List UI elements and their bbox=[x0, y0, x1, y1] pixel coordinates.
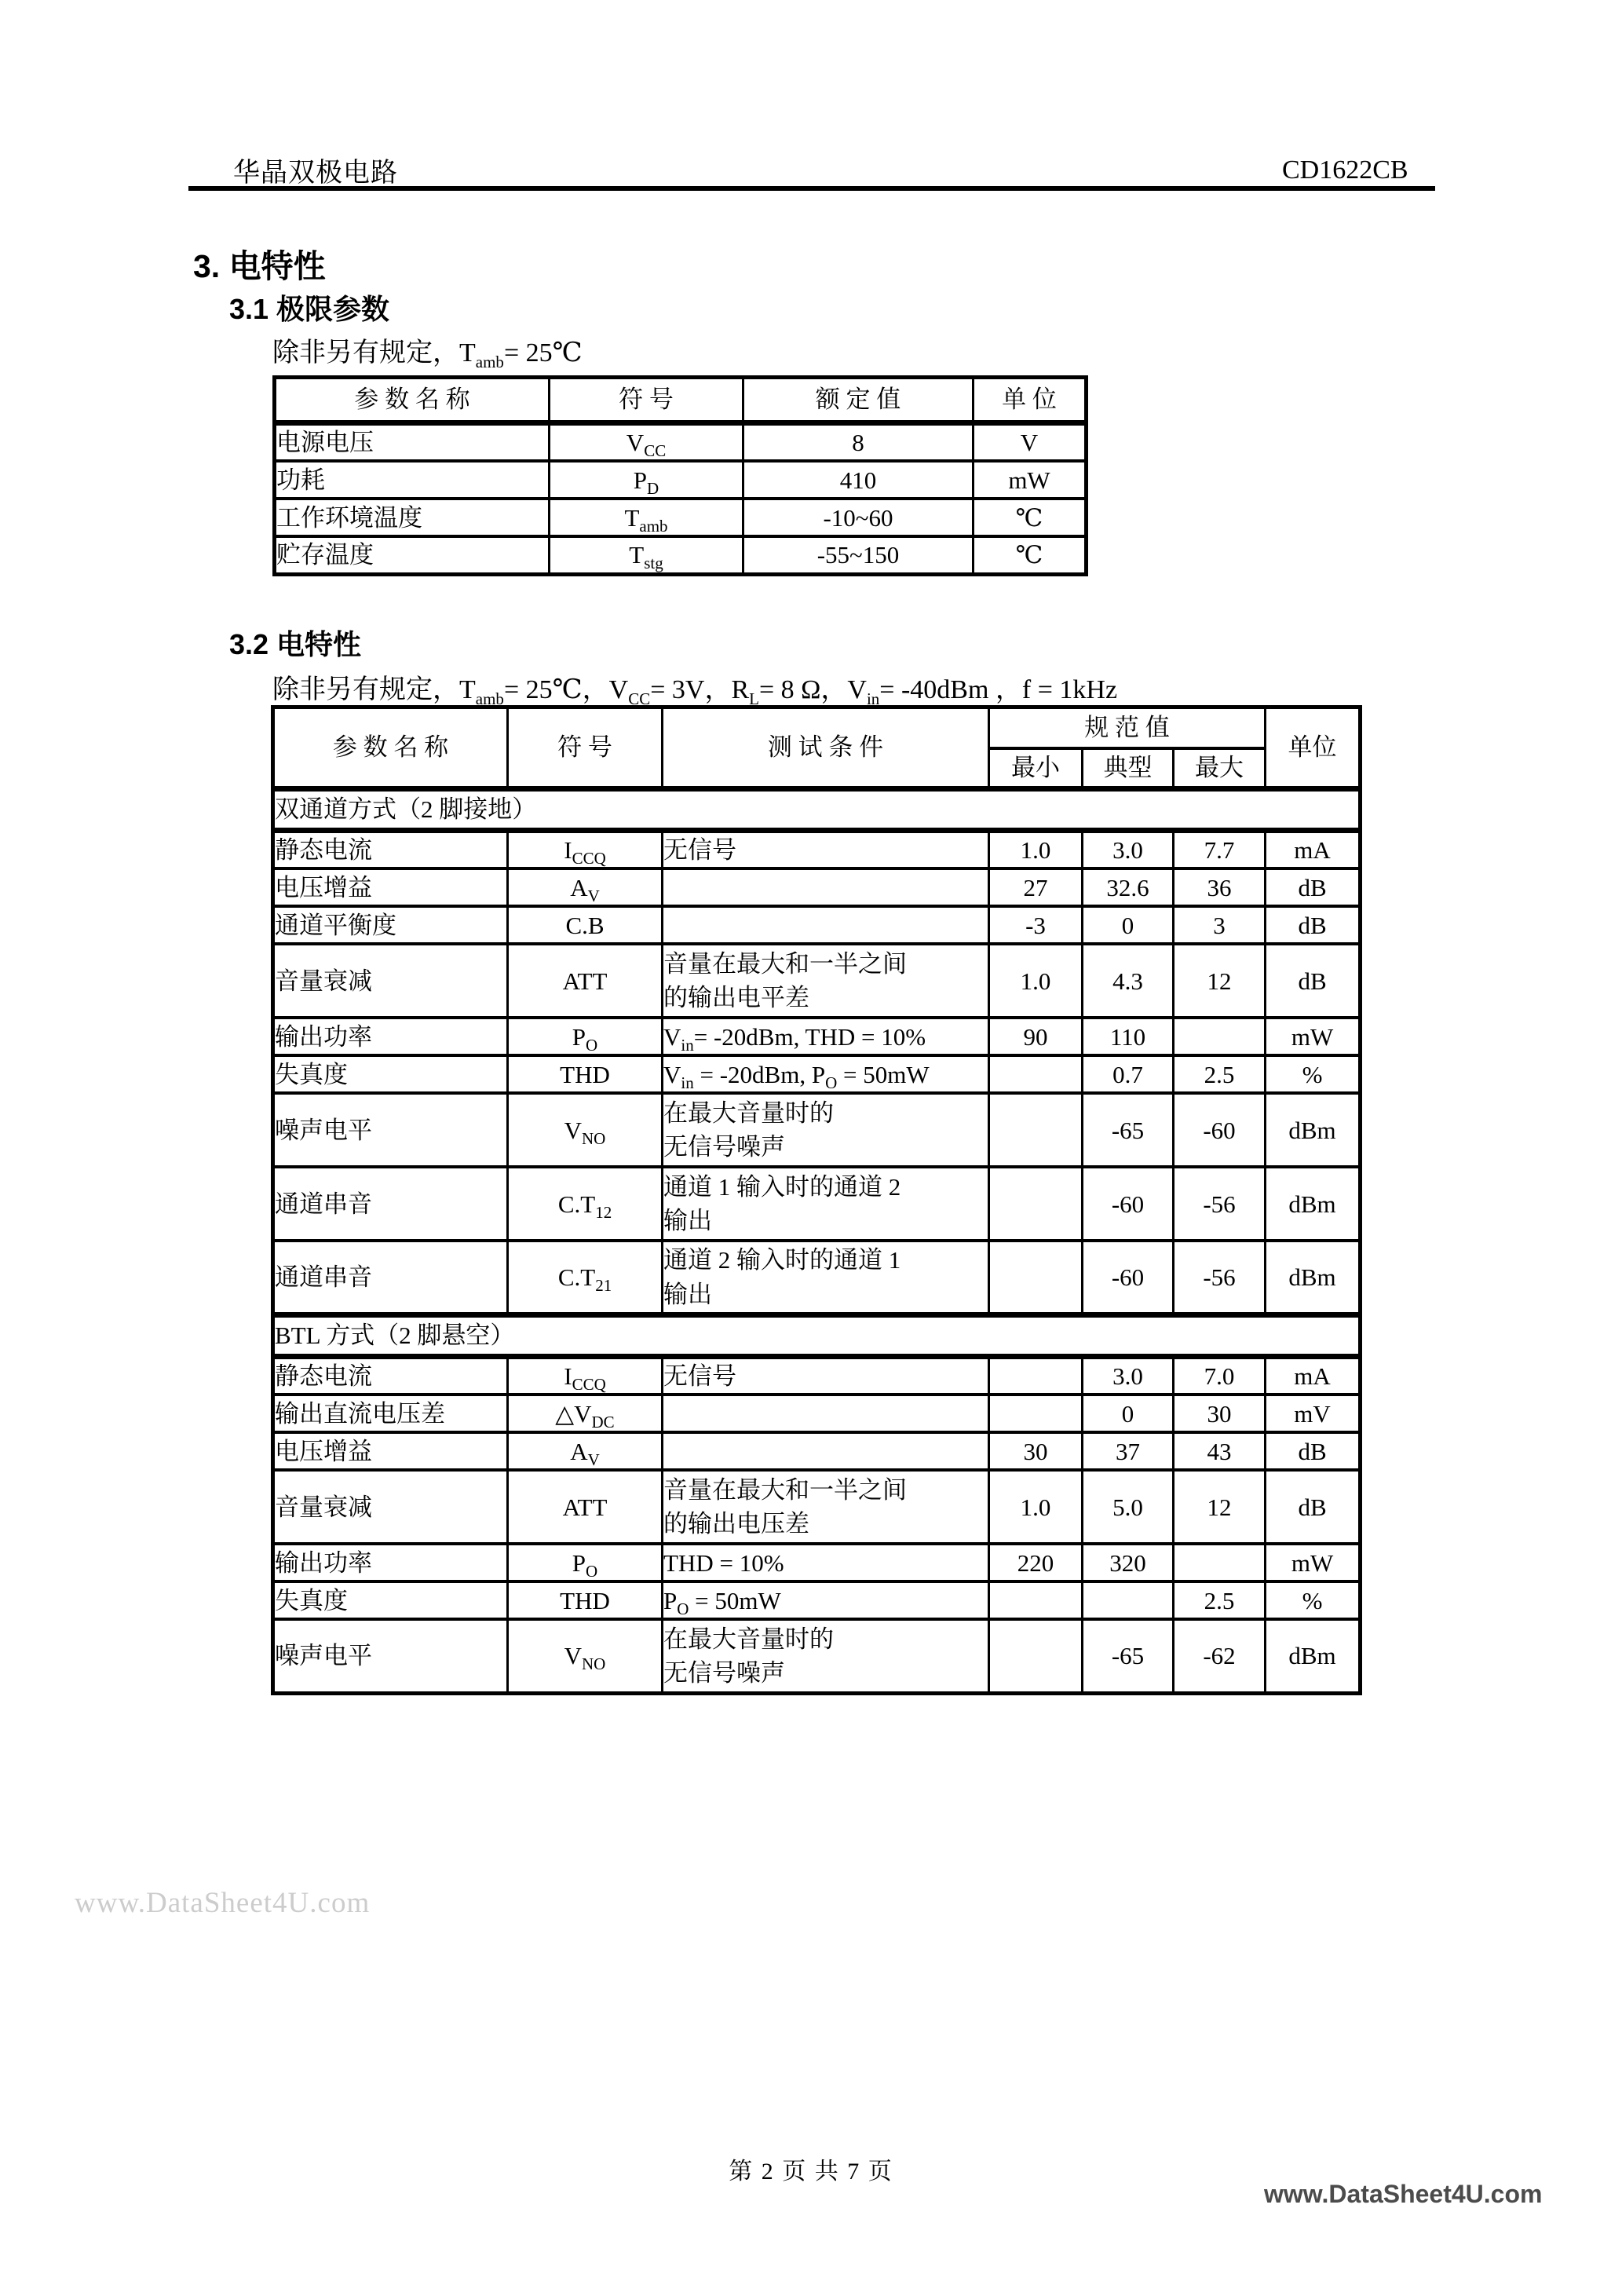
condition-line-3-1: 除非另有规定，Tamb= 25℃ bbox=[272, 331, 583, 369]
cell-param: 电源电压 bbox=[275, 423, 550, 462]
section-row-dual-channel: 双通道方式（2 脚接地） bbox=[273, 789, 1361, 831]
cell-symbol: ATT bbox=[508, 1470, 663, 1544]
cell-max: 43 bbox=[1174, 1432, 1266, 1470]
cell-typ: 0 bbox=[1083, 906, 1174, 944]
table-header-row: 参 数 名 称 符 号 额 定 值 单 位 bbox=[275, 378, 1087, 423]
cell-min bbox=[989, 1356, 1083, 1395]
cell-typ: 5.0 bbox=[1083, 1470, 1174, 1544]
table-row: 输出功率 PO THD = 10% 220 320 mW bbox=[273, 1544, 1361, 1581]
cell-max: -56 bbox=[1174, 1241, 1266, 1314]
col-header-min: 最小 bbox=[989, 748, 1083, 789]
cell-symbol: PD bbox=[550, 461, 743, 499]
table-row: 静态电流 ICCQ 无信号 3.0 7.0 mA bbox=[273, 1356, 1361, 1395]
table-row: 电源电压 VCC 8 V bbox=[275, 423, 1087, 462]
cell-typ: 32.6 bbox=[1083, 868, 1174, 906]
cell-condition: PO = 50mW bbox=[663, 1581, 989, 1619]
cell-condition: 音量在最大和一半之间的输出电平差 bbox=[663, 944, 989, 1018]
cell-symbol: ATT bbox=[508, 944, 663, 1018]
cell-condition: Vin= -20dBm, THD = 10% bbox=[663, 1018, 989, 1055]
table-header-row: 参 数 名 称 符 号 测 试 条 件 规 范 值 单位 bbox=[273, 707, 1361, 748]
cell-min: 1.0 bbox=[989, 831, 1083, 869]
table-row: 功耗 PD 410 mW bbox=[275, 461, 1087, 499]
cell-max: 12 bbox=[1174, 1470, 1266, 1544]
cell-symbol: AV bbox=[508, 868, 663, 906]
table-row: 噪声电平 VNO 在最大音量时的无信号噪声 -65 -60 dBm bbox=[273, 1093, 1361, 1167]
col-header-rated-value: 额 定 值 bbox=[743, 378, 974, 423]
cell-max: -56 bbox=[1174, 1167, 1266, 1241]
cell-unit: % bbox=[1266, 1055, 1361, 1093]
cell-condition: 在最大音量时的无信号噪声 bbox=[663, 1093, 989, 1167]
cell-min bbox=[989, 1055, 1083, 1093]
table-row: 通道平衡度 C.B -3 0 3 dB bbox=[273, 906, 1361, 944]
table-row: 电压增益 AV 27 32.6 36 dB bbox=[273, 868, 1361, 906]
table-row: 失真度 THD PO = 50mW 2.5 % bbox=[273, 1581, 1361, 1619]
cell-symbol: THD bbox=[508, 1055, 663, 1093]
cell-unit: dB bbox=[1266, 868, 1361, 906]
cell-typ: 3.0 bbox=[1083, 831, 1174, 869]
cell-unit: dBm bbox=[1266, 1093, 1361, 1167]
cell-min: 1.0 bbox=[989, 944, 1083, 1018]
cell-min: 30 bbox=[989, 1432, 1083, 1470]
electrical-characteristics-table: 参 数 名 称 符 号 测 试 条 件 规 范 值 单位 最小 典型 最大 双通… bbox=[271, 705, 1362, 1695]
cell-param: 功耗 bbox=[275, 461, 550, 499]
col-header-unit: 单位 bbox=[1266, 707, 1361, 789]
cell-symbol: VNO bbox=[508, 1619, 663, 1693]
cell-param: 输出直流电压差 bbox=[273, 1395, 508, 1432]
cell-unit: mW bbox=[974, 461, 1087, 499]
cell-param: 音量衰减 bbox=[273, 1470, 508, 1544]
watermark-text: www.DataSheet4U.com bbox=[75, 1886, 370, 1920]
cell-condition: 通道 1 输入时的通道 2输出 bbox=[663, 1167, 989, 1241]
cell-min bbox=[989, 1619, 1083, 1693]
cell-condition bbox=[663, 868, 989, 906]
header-company: 华晶双极电路 bbox=[233, 151, 398, 189]
cell-max: -62 bbox=[1174, 1619, 1266, 1693]
cell-typ: 0 bbox=[1083, 1395, 1174, 1432]
cell-max: 2.5 bbox=[1174, 1055, 1266, 1093]
table-row: 电压增益 AV 30 37 43 dB bbox=[273, 1432, 1361, 1470]
cell-typ: 37 bbox=[1083, 1432, 1174, 1470]
cell-typ: 0.7 bbox=[1083, 1055, 1174, 1093]
cell-max bbox=[1174, 1544, 1266, 1581]
table-row: 输出直流电压差 △VDC 0 30 mV bbox=[273, 1395, 1361, 1432]
cell-unit: dBm bbox=[1266, 1241, 1361, 1314]
cell-condition: Vin = -20dBm, PO = 50mW bbox=[663, 1055, 989, 1093]
cell-condition: 音量在最大和一半之间的输出电压差 bbox=[663, 1470, 989, 1544]
col-header-symbol: 符 号 bbox=[508, 707, 663, 789]
cell-typ: 3.0 bbox=[1083, 1356, 1174, 1395]
cell-condition bbox=[663, 1395, 989, 1432]
header-rule bbox=[188, 186, 1435, 191]
col-header-typ: 典型 bbox=[1083, 748, 1174, 789]
datasheet-page: 华晶双极电路 CD1622CB 3. 电特性 3.1 极限参数 除非另有规定，T… bbox=[0, 0, 1622, 2296]
cell-condition: 通道 2 输入时的通道 1输出 bbox=[663, 1241, 989, 1314]
cell-symbol: C.B bbox=[508, 906, 663, 944]
header-part-number: CD1622CB bbox=[1282, 155, 1408, 185]
cell-param: 通道串音 bbox=[273, 1241, 508, 1314]
cell-param: 通道串音 bbox=[273, 1167, 508, 1241]
cell-condition: 无信号 bbox=[663, 1356, 989, 1395]
cell-symbol: ICCQ bbox=[508, 1356, 663, 1395]
section-label: 双通道方式（2 脚接地） bbox=[273, 789, 1361, 831]
cell-unit: dB bbox=[1266, 1470, 1361, 1544]
table-row: 失真度 THD Vin = -20dBm, PO = 50mW 0.7 2.5 … bbox=[273, 1055, 1361, 1093]
cell-min: 90 bbox=[989, 1018, 1083, 1055]
cell-param: 噪声电平 bbox=[273, 1619, 508, 1693]
cell-unit: dBm bbox=[1266, 1619, 1361, 1693]
cell-typ: 4.3 bbox=[1083, 944, 1174, 1018]
cell-param: 通道平衡度 bbox=[273, 906, 508, 944]
cell-symbol: VCC bbox=[550, 423, 743, 462]
cell-param: 电压增益 bbox=[273, 1432, 508, 1470]
cell-symbol: Tamb bbox=[550, 499, 743, 536]
cell-param: 静态电流 bbox=[273, 831, 508, 869]
cell-param: 静态电流 bbox=[273, 1356, 508, 1395]
cell-symbol: AV bbox=[508, 1432, 663, 1470]
cell-unit: V bbox=[974, 423, 1087, 462]
cell-max bbox=[1174, 1018, 1266, 1055]
section-label: BTL 方式（2 脚悬空） bbox=[273, 1314, 1361, 1356]
cell-max: 36 bbox=[1174, 868, 1266, 906]
cell-param: 音量衰减 bbox=[273, 944, 508, 1018]
cell-min bbox=[989, 1241, 1083, 1314]
cell-value: 410 bbox=[743, 461, 974, 499]
table-row: 工作环境温度 Tamb -10~60 ℃ bbox=[275, 499, 1087, 536]
cell-min bbox=[989, 1167, 1083, 1241]
cell-unit: mW bbox=[1266, 1018, 1361, 1055]
cell-max: 3 bbox=[1174, 906, 1266, 944]
cell-min: 220 bbox=[989, 1544, 1083, 1581]
cell-unit: dB bbox=[1266, 944, 1361, 1018]
cell-value: -55~150 bbox=[743, 536, 974, 574]
cell-condition: 在最大音量时的无信号噪声 bbox=[663, 1619, 989, 1693]
cell-symbol: VNO bbox=[508, 1093, 663, 1167]
cell-param: 失真度 bbox=[273, 1055, 508, 1093]
cell-min bbox=[989, 1581, 1083, 1619]
col-header-param: 参 数 名 称 bbox=[275, 378, 550, 423]
col-header-param: 参 数 名 称 bbox=[273, 707, 508, 789]
cell-unit: mA bbox=[1266, 831, 1361, 869]
cell-unit: ℃ bbox=[974, 499, 1087, 536]
cell-typ: -60 bbox=[1083, 1241, 1174, 1314]
cell-symbol: C.T12 bbox=[508, 1167, 663, 1241]
cell-symbol: PO bbox=[508, 1544, 663, 1581]
col-header-spec-value: 规 范 值 bbox=[989, 707, 1266, 748]
cell-max: 12 bbox=[1174, 944, 1266, 1018]
cell-min: -3 bbox=[989, 906, 1083, 944]
table-row: 噪声电平 VNO 在最大音量时的无信号噪声 -65 -62 dBm bbox=[273, 1619, 1361, 1693]
cell-condition bbox=[663, 906, 989, 944]
cell-max: 2.5 bbox=[1174, 1581, 1266, 1619]
cell-max: 7.7 bbox=[1174, 831, 1266, 869]
cell-symbol: THD bbox=[508, 1581, 663, 1619]
cell-min bbox=[989, 1093, 1083, 1167]
cell-symbol: △VDC bbox=[508, 1395, 663, 1432]
table-row: 输出功率 PO Vin= -20dBm, THD = 10% 90 110 mW bbox=[273, 1018, 1361, 1055]
cell-param: 噪声电平 bbox=[273, 1093, 508, 1167]
cell-symbol: ICCQ bbox=[508, 831, 663, 869]
table-row: 贮存温度 Tstg -55~150 ℃ bbox=[275, 536, 1087, 574]
cell-unit: dBm bbox=[1266, 1167, 1361, 1241]
col-header-unit: 单 位 bbox=[974, 378, 1087, 423]
cell-symbol: C.T21 bbox=[508, 1241, 663, 1314]
cell-max: -60 bbox=[1174, 1093, 1266, 1167]
subsection-3-1-title: 3.1 极限参数 bbox=[229, 287, 389, 327]
cell-unit: mV bbox=[1266, 1395, 1361, 1432]
cell-unit: ℃ bbox=[974, 536, 1087, 574]
cell-typ: 320 bbox=[1083, 1544, 1174, 1581]
table-row: 音量衰减 ATT 音量在最大和一半之间的输出电平差 1.0 4.3 12 dB bbox=[273, 944, 1361, 1018]
cell-typ: 110 bbox=[1083, 1018, 1174, 1055]
limits-table: 参 数 名 称 符 号 额 定 值 单 位 电源电压 VCC 8 V 功耗 PD… bbox=[272, 375, 1088, 576]
cell-min bbox=[989, 1395, 1083, 1432]
cell-symbol: PO bbox=[508, 1018, 663, 1055]
site-url-text: www.DataSheet4U.com bbox=[1264, 2180, 1542, 2209]
cell-condition: THD = 10% bbox=[663, 1544, 989, 1581]
table-row: 通道串音 C.T12 通道 1 输入时的通道 2输出 -60 -56 dBm bbox=[273, 1167, 1361, 1241]
section-title: 3. 电特性 bbox=[193, 240, 326, 287]
cell-param: 输出功率 bbox=[273, 1544, 508, 1581]
cell-unit: mA bbox=[1266, 1356, 1361, 1395]
col-header-max: 最大 bbox=[1174, 748, 1266, 789]
cell-condition bbox=[663, 1432, 989, 1470]
col-header-symbol: 符 号 bbox=[550, 378, 743, 423]
cell-param: 电压增益 bbox=[273, 868, 508, 906]
section-row-btl: BTL 方式（2 脚悬空） bbox=[273, 1314, 1361, 1356]
table-row: 音量衰减 ATT 音量在最大和一半之间的输出电压差 1.0 5.0 12 dB bbox=[273, 1470, 1361, 1544]
cell-typ: -65 bbox=[1083, 1093, 1174, 1167]
cell-max: 30 bbox=[1174, 1395, 1266, 1432]
cell-symbol: Tstg bbox=[550, 536, 743, 574]
col-header-condition: 测 试 条 件 bbox=[663, 707, 989, 789]
cell-min: 27 bbox=[989, 868, 1083, 906]
cell-typ: -60 bbox=[1083, 1167, 1174, 1241]
cell-unit: dB bbox=[1266, 906, 1361, 944]
cell-unit: dB bbox=[1266, 1432, 1361, 1470]
condition-line-3-2: 除非另有规定，Tamb= 25℃，VCC= 3V，RL= 8 Ω，Vin= -4… bbox=[272, 667, 1117, 706]
cell-param: 输出功率 bbox=[273, 1018, 508, 1055]
cell-param: 贮存温度 bbox=[275, 536, 550, 574]
cell-condition: 无信号 bbox=[663, 831, 989, 869]
subsection-3-2-title: 3.2 电特性 bbox=[229, 623, 361, 663]
cell-min: 1.0 bbox=[989, 1470, 1083, 1544]
cell-param: 失真度 bbox=[273, 1581, 508, 1619]
cell-value: 8 bbox=[743, 423, 974, 462]
cell-unit: % bbox=[1266, 1581, 1361, 1619]
cell-unit: mW bbox=[1266, 1544, 1361, 1581]
cell-value: -10~60 bbox=[743, 499, 974, 536]
table-row: 静态电流 ICCQ 无信号 1.0 3.0 7.7 mA bbox=[273, 831, 1361, 869]
cell-max: 7.0 bbox=[1174, 1356, 1266, 1395]
cell-typ bbox=[1083, 1581, 1174, 1619]
cell-param: 工作环境温度 bbox=[275, 499, 550, 536]
table-row: 通道串音 C.T21 通道 2 输入时的通道 1输出 -60 -56 dBm bbox=[273, 1241, 1361, 1314]
cell-typ: -65 bbox=[1083, 1619, 1174, 1693]
